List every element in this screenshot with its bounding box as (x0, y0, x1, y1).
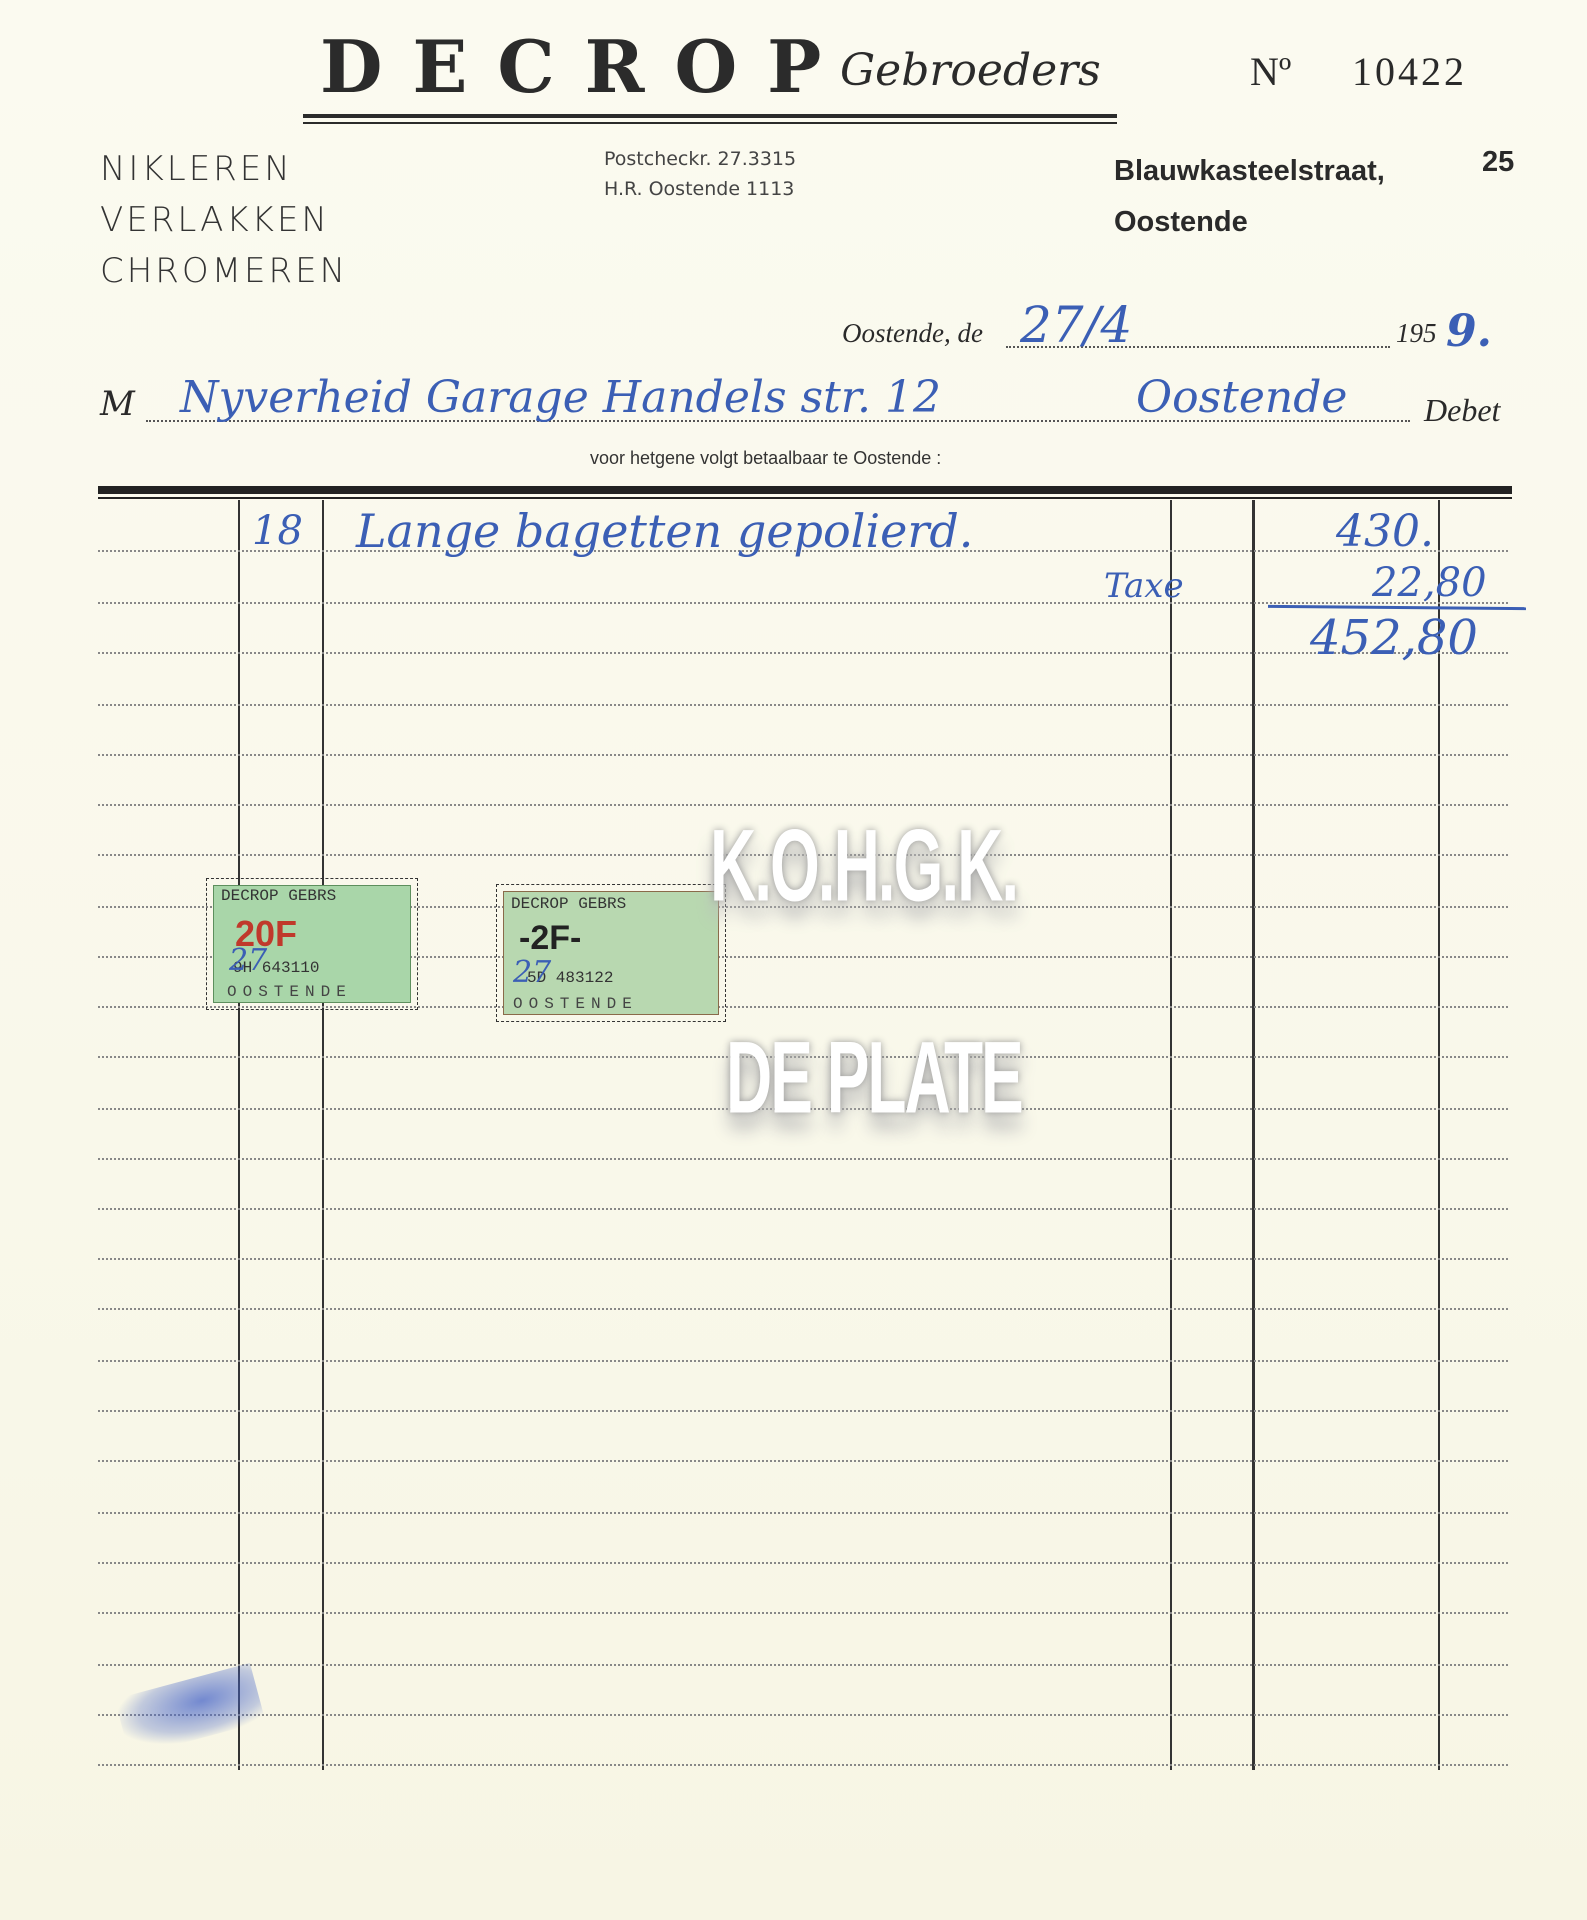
company-address: Blauwkasteelstraat, Oostende (1114, 146, 1385, 248)
table-row (98, 652, 1508, 654)
table-row (98, 1714, 1508, 1716)
trade-register: H.R. Oostende 1113 (604, 174, 796, 204)
date-label: Oostende, de (842, 318, 983, 349)
company-name: DECROP (320, 24, 851, 109)
payable-note: voor hetgene volgt betaalbaar te Oostend… (590, 448, 941, 469)
stamp-overprint: DECROP GEBRS (511, 895, 626, 913)
item-amount: 430. (1336, 506, 1434, 557)
table-row (98, 704, 1508, 706)
watermark-line1: K.O.H.G.K. (710, 806, 1017, 924)
table-row (98, 1360, 1508, 1362)
table-row (98, 754, 1508, 756)
table-row (98, 1512, 1508, 1514)
handwritten-year: 9. (1446, 306, 1492, 357)
table-row (98, 1308, 1508, 1310)
table-row (98, 1764, 1508, 1766)
column-divider-desc-right (1170, 500, 1172, 1770)
invoice-number: 10422 (1352, 48, 1467, 95)
stamp-cancel: OOSTENDE (513, 995, 638, 1013)
handwritten-recipient: Nyverheid Garage Handels str. 12 (180, 372, 941, 423)
postcheck-number: Postcheckr. 27.3315 (604, 144, 796, 174)
recipient-label: M (100, 384, 135, 424)
item-quantity: 18 (252, 508, 303, 554)
watermark-line2: DE PLATE (726, 1018, 1022, 1136)
column-divider-amount-left (1252, 500, 1255, 1770)
item-description: Lange bagetten gepolierd. (356, 504, 973, 558)
table-row (98, 1410, 1508, 1412)
service-verlakken: VERLAKKEN (100, 195, 348, 246)
stamp-handwritten-date: 27 (229, 943, 267, 978)
table-row (98, 1258, 1508, 1260)
address-street: Blauwkasteelstraat, (1114, 146, 1385, 197)
stamp-handwritten-date: 27 (513, 955, 551, 990)
total-amount: 452,80 (1310, 610, 1478, 666)
bank-info: Postcheckr. 27.3315 H.R. Oostende 1113 (604, 144, 796, 204)
table-row (98, 1158, 1508, 1160)
service-nikleren: NIKLEREN (100, 144, 348, 195)
table-row (98, 1208, 1508, 1210)
header-rule-thin (303, 122, 1117, 124)
invoice-number-label: Nº (1250, 48, 1291, 95)
year-prefix: 195 (1396, 318, 1437, 349)
tax-amount: 22,80 (1372, 560, 1487, 606)
service-chromeren: CHROMEREN (100, 246, 348, 297)
address-city: Oostende (1114, 197, 1385, 248)
table-row (98, 1562, 1508, 1564)
stamp-overprint: DECROP GEBRS (221, 887, 336, 905)
debet-label: Debet (1424, 392, 1500, 429)
company-subtitle: Gebroeders (840, 45, 1101, 96)
column-divider-qty-left (238, 500, 240, 1770)
table-row (98, 1612, 1508, 1614)
column-divider-cents (1438, 500, 1440, 1770)
table-row (98, 1460, 1508, 1462)
tax-label: Taxe (1104, 566, 1184, 606)
stamp-value: -2F- (519, 919, 581, 958)
table-top-rule-thin (98, 497, 1512, 499)
address-number: 25 (1482, 146, 1514, 179)
revenue-stamp-20f: DECROP GEBRS 20F 9H 643110 OOSTENDE 27 (206, 878, 418, 1010)
table-row (98, 602, 1508, 604)
handwritten-date: 27/4 (1020, 296, 1132, 354)
table-row (98, 1664, 1508, 1666)
column-divider-qty-right (322, 500, 324, 1770)
table-top-rule (98, 486, 1512, 494)
services-list: NIKLEREN VERLAKKEN CHROMEREN (100, 144, 348, 297)
revenue-stamp-2f: DECROP GEBRS -2F- 5D 483122 OOSTENDE 27 (496, 884, 726, 1022)
handwritten-city: Oostende (1136, 372, 1347, 423)
stamp-cancel: OOSTENDE (227, 983, 352, 1001)
header-rule (303, 114, 1117, 118)
